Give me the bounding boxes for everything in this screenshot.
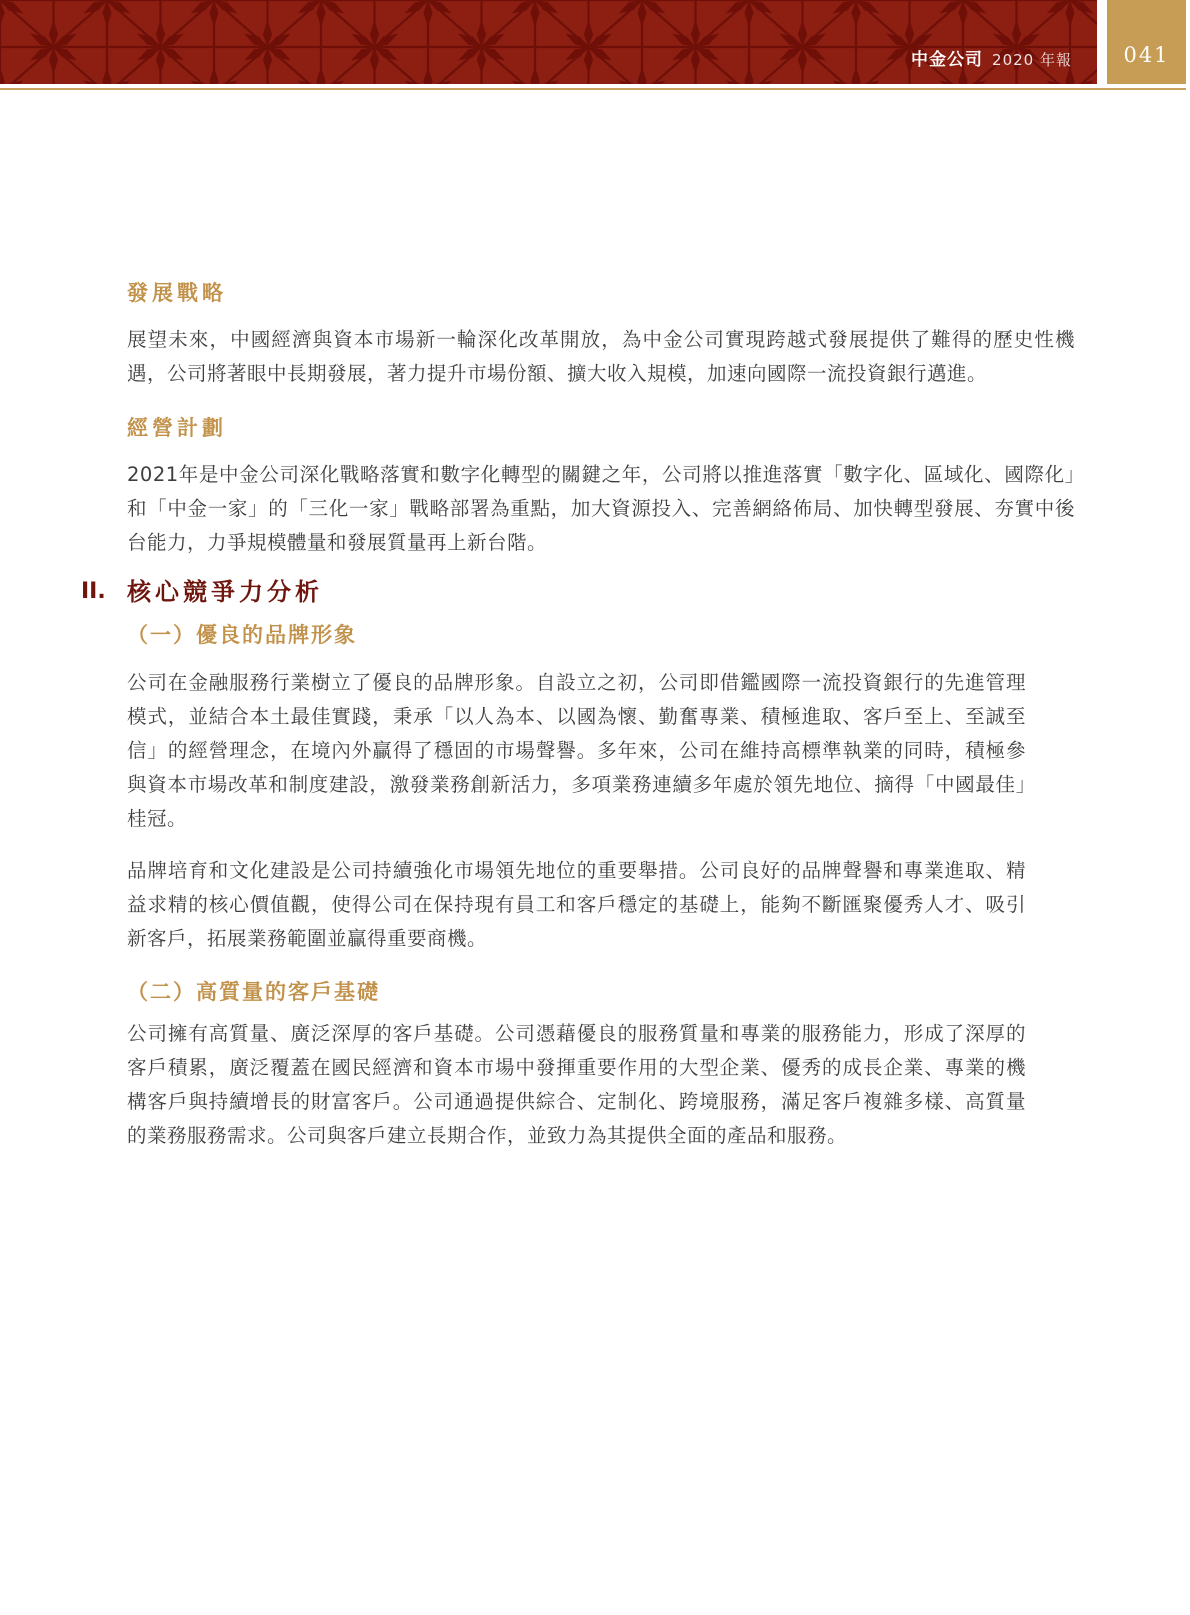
page-number-box: 041 [1107,0,1186,84]
paragraph-client-base: 公司擁有高質量、廣泛深厚的客戶基礎。公司憑藉優良的服務質量和專業的服務能力，形成… [127,1017,1026,1153]
section-number: II. [81,579,106,604]
page-content: 發展戰略 展望未來，中國經濟與資本市場新一輪深化改革開放，為中金公司實現跨越式發… [127,0,1075,1153]
subsection-heading-brand-image: （一）優良的品牌形象 [127,622,1075,649]
section-heading-business-plan: 經營計劃 [127,415,1075,442]
page-number: 041 [1123,43,1169,67]
paragraph-brand-image-2: 品牌培育和文化建設是公司持續強化市場領先地位的重要舉措。公司良好的品牌聲譽和專業… [127,854,1026,956]
subsection-heading-client-base: （二）高質量的客戶基礎 [127,979,1075,1006]
numbered-section-header: II. 核心競爭力分析 [127,577,1075,607]
paragraph-brand-image-1: 公司在金融服務行業樹立了優良的品牌形象。自設立之初，公司即借鑑國際一流投資銀行的… [127,666,1026,836]
paragraph-development-strategy: 展望未來，中國經濟與資本市場新一輪深化改革開放，為中金公司實現跨越式發展提供了難… [127,323,1075,391]
section-heading-development-strategy: 發展戰略 [127,280,1075,307]
section-title-core-competitiveness: 核心競爭力分析 [127,577,1075,607]
paragraph-business-plan: 2021年是中金公司深化戰略落實和數字化轉型的關鍵之年，公司將以推進落實「數字化… [127,458,1075,560]
